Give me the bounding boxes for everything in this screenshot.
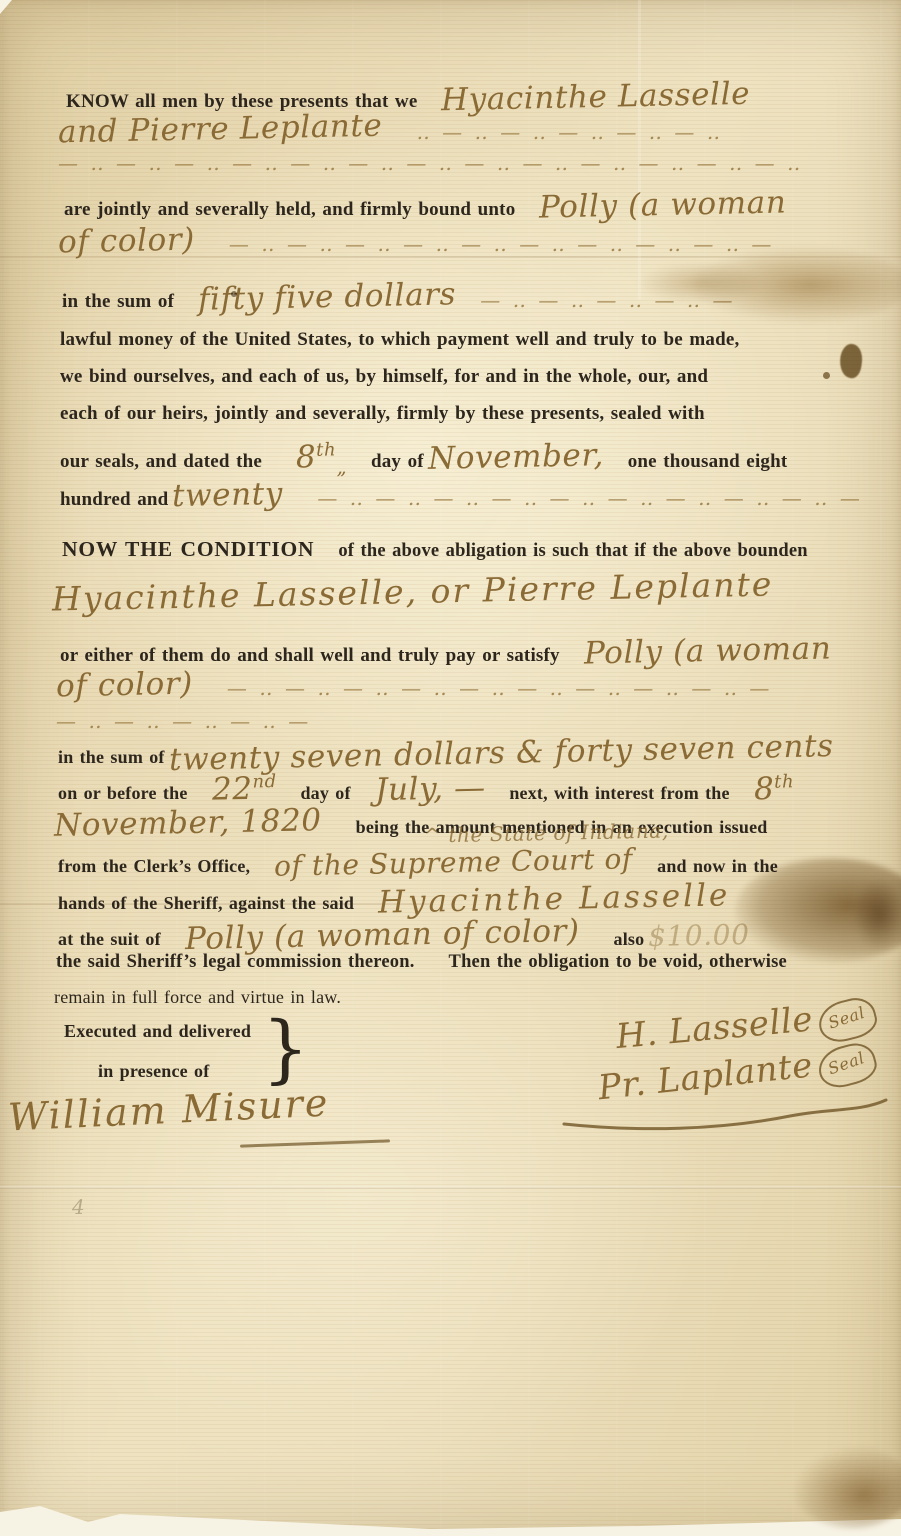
printed-line-either: or either of them do and shall well and … <box>60 634 831 668</box>
printed-line-condition: NOW THE CONDITION of the above abligatio… <box>62 538 808 562</box>
printed-text: day of <box>371 451 424 472</box>
handwritten-name-obligor-2: and Pierre Leplante <box>58 109 383 150</box>
printed-text: also <box>614 929 645 949</box>
printed-text: next, with interest from the <box>509 783 729 803</box>
line-clerks-office: from the Clerk’s Office, of the Supreme … <box>58 848 778 879</box>
printed-line-heirs: each of our heirs, jointly and severally… <box>60 404 705 425</box>
printed-line-remain: remain in full force and virtue in law. <box>54 988 341 1008</box>
printed-text: are jointly and severally held, and firm… <box>64 199 515 220</box>
printed-line-lawful: lawful money of the United States, to wh… <box>60 330 739 351</box>
printed-text: lawful money of the United States, to wh… <box>60 329 739 350</box>
seal-label: Seal <box>823 1043 869 1085</box>
handwritten-month-2: July, — <box>374 771 485 807</box>
handwritten-dash-row: — ‥ — ‥ — ‥ — ‥ — <box>56 710 311 733</box>
printed-line-commission: the said Sheriff’s legal commission ther… <box>56 952 787 972</box>
handwritten-debt-sum: twenty seven dollars & forty seven cents <box>168 729 833 777</box>
printed-text: each of our heirs, jointly and severally… <box>60 403 705 424</box>
line-sheriff: hands of the Sheriff, against the said H… <box>58 882 730 916</box>
line-due-date: on or before the 22nd day of July, — nex… <box>58 772 794 806</box>
handwritten-names: Hyacinthe Lasselle, or Pierre Leplante <box>52 566 774 617</box>
printed-text: we bind ourselves, and each of us, by hi… <box>60 366 708 387</box>
printed-text: on or before the <box>58 783 188 803</box>
seal-label: Seal <box>824 997 870 1039</box>
handwritten-day: 8th„ <box>296 439 348 478</box>
printed-text: hands of the Sheriff, against the said <box>58 893 354 913</box>
handwritten-obligee-2: Polly (a woman <box>583 631 831 670</box>
printed-line-know: KNOW all men by these presents that we H… <box>66 80 751 114</box>
printed-text: one thousand eight <box>628 451 788 472</box>
printed-text: day of <box>300 783 350 803</box>
printed-line-bind: we bind ourselves, and each of us, by hi… <box>60 367 708 388</box>
printed-text: at the suit of <box>58 929 161 949</box>
handwritten-text: of color) <box>56 667 194 704</box>
handwritten-dashes: — ‥ — ‥ — ‥ — ‥ — ‥ — ‥ — ‥ — ‥ — ‥ — <box>229 232 775 256</box>
scanned-document: KNOW all men by these presents that we H… <box>0 0 901 1536</box>
line-sum-penal: in the sum of fifty five dollars — ‥ — ‥… <box>62 280 736 314</box>
printed-text: in presence of <box>98 1061 209 1081</box>
printed-text: Executed and delivered <box>64 1021 251 1041</box>
handwritten-dashes: — ‥ — ‥ — ‥ — ‥ — ‥ — ‥ — ‥ — ‥ — ‥ — <box>317 486 863 510</box>
printed-text: or either of them do and shall well and … <box>60 645 560 666</box>
printed-line-presence: in presence of <box>98 1062 209 1082</box>
handwritten-dashes: ‥ — ‥ — ‥ — ‥ — ‥ — ‥ <box>416 120 723 144</box>
printed-line-bound: are jointly and severally held, and firm… <box>64 188 787 222</box>
line-sum-condition: in the sum of twenty seven dollars & for… <box>58 736 833 770</box>
handwritten-line-names: Hyacinthe Lasselle, or Pierre Leplante <box>52 574 773 610</box>
handwritten-dashes: — ‥ — ‥ — ‥ — ‥ — ‥ — ‥ — ‥ — ‥ — ‥ — <box>227 676 773 700</box>
handwritten-month: November, <box>427 438 604 476</box>
line-dated: our seals, and dated the 8th„ day of Nov… <box>60 440 787 478</box>
printed-text: from the Clerk’s Office, <box>58 856 250 876</box>
handwritten-date: November, 1820 <box>54 803 322 843</box>
handwritten-mark: 4 <box>72 1196 86 1218</box>
line-year: hundred and twenty — ‥ — ‥ — ‥ — ‥ — ‥ —… <box>60 478 863 512</box>
handwritten-year: twenty <box>172 477 284 513</box>
attestation-brace: } <box>262 1012 309 1086</box>
handwritten-dashes: — ‥ — ‥ — ‥ — ‥ — <box>56 709 311 733</box>
handwritten-line-obligor-2: and Pierre Leplante ‥ — ‥ — ‥ — ‥ — ‥ — … <box>58 112 723 146</box>
handwritten-dashes: — ‥ — ‥ — ‥ — ‥ — ‥ — ‥ — ‥ — ‥ — ‥ — ‥ … <box>58 151 803 175</box>
handwritten-day-3: 8th <box>753 772 794 807</box>
handwritten-line-of-color: of color) — ‥ — ‥ — ‥ — ‥ — ‥ — ‥ — ‥ — … <box>58 224 774 258</box>
witness-signature: William Misure <box>8 1086 330 1136</box>
pencil-marginalia: 4 <box>72 1196 85 1219</box>
handwritten-day-2: 22nd <box>211 771 277 806</box>
handwritten-plaintiff: Polly (a woman of color) <box>184 914 579 956</box>
printed-text: hundred and <box>60 489 168 510</box>
printed-text: Then the obligation to be void, otherwis… <box>449 952 787 972</box>
printed-line-executed: Executed and delivered <box>64 1022 251 1042</box>
handwritten-court: of the Supreme Court of <box>274 844 633 882</box>
printed-text: of the above abligation is such that if … <box>338 541 807 561</box>
handwritten-text: of color) <box>58 223 196 260</box>
handwritten-obligee: Polly (a woman <box>539 185 787 224</box>
printed-text: and now in the <box>657 856 778 876</box>
printed-text: in the sum of <box>62 291 174 312</box>
printed-text: the said Sheriff’s legal commission ther… <box>56 952 415 972</box>
line-suit: at the suit of Polly (a woman of color) … <box>58 918 750 952</box>
handwritten-amount-faint: $10.00 <box>648 920 750 953</box>
printed-text: our seals, and dated the <box>60 451 262 472</box>
handwritten-dash-row: — ‥ — ‥ — ‥ — ‥ — ‥ — ‥ — ‥ — ‥ — ‥ — ‥ … <box>58 152 803 175</box>
printed-text: remain in full force and virtue in law. <box>54 987 341 1007</box>
printed-text: in the sum of <box>58 747 165 767</box>
handwritten-interlined-insertion: ^ the State of Indiana, <box>424 822 669 845</box>
handwritten-dashes: — ‥ — ‥ — ‥ — ‥ — <box>480 288 735 312</box>
seal-flourish: Seal <box>814 994 880 1047</box>
handwritten-penal-sum: fifty five dollars <box>198 277 457 316</box>
printed-text-bold: NOW THE CONDITION <box>62 537 314 561</box>
handwritten-line-of-color-2: of color) — ‥ — ‥ — ‥ — ‥ — ‥ — ‥ — ‥ — … <box>56 668 772 702</box>
